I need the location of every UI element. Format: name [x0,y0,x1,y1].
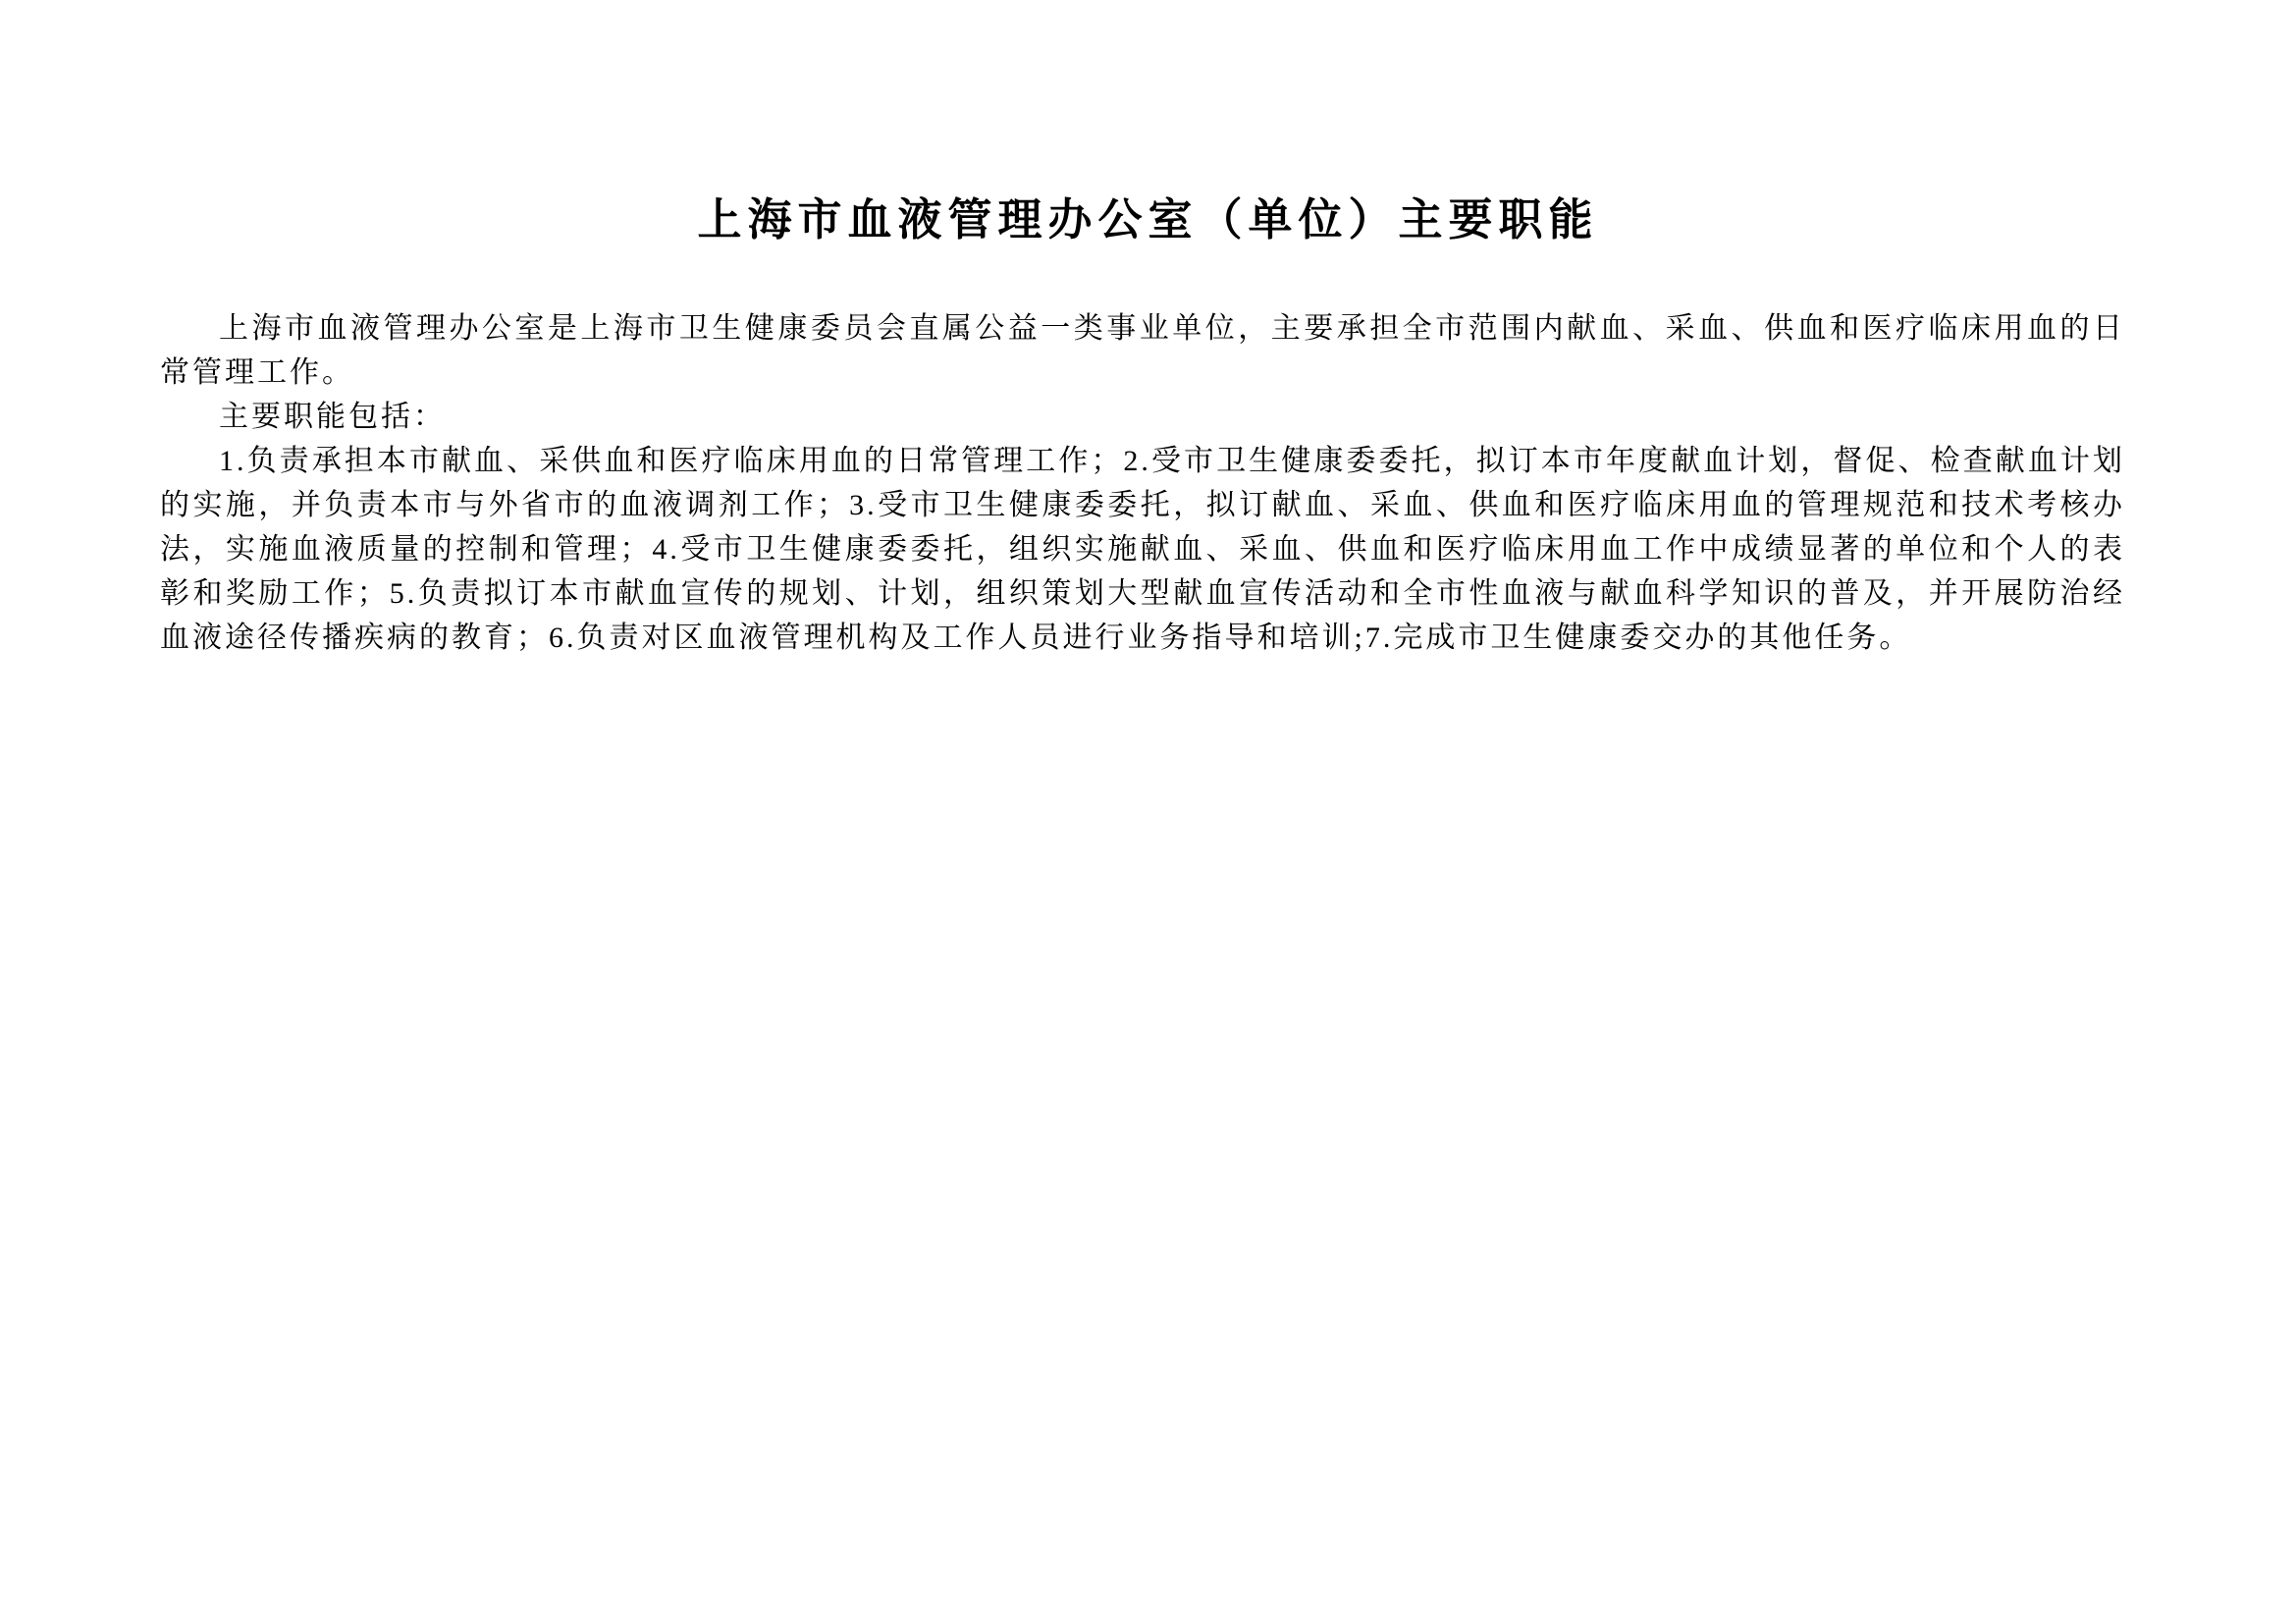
functions-heading-paragraph: 主要职能包括： [160,395,2125,439]
functions-list-paragraph: 1.负责承担本市献血、采供血和医疗临床用血的日常管理工作；2.受市卫生健康委委托… [160,439,2125,660]
document-body: 上海市血液管理办公室是上海市卫生健康委员会直属公益一类事业单位，主要承担全市范围… [160,306,2125,660]
document-title: 上海市血液管理办公室（单位）主要职能 [0,0,2296,247]
intro-paragraph: 上海市血液管理办公室是上海市卫生健康委员会直属公益一类事业单位，主要承担全市范围… [160,306,2125,395]
document-page: 上海市血液管理办公室（单位）主要职能 上海市血液管理办公室是上海市卫生健康委员会… [0,0,2296,1624]
